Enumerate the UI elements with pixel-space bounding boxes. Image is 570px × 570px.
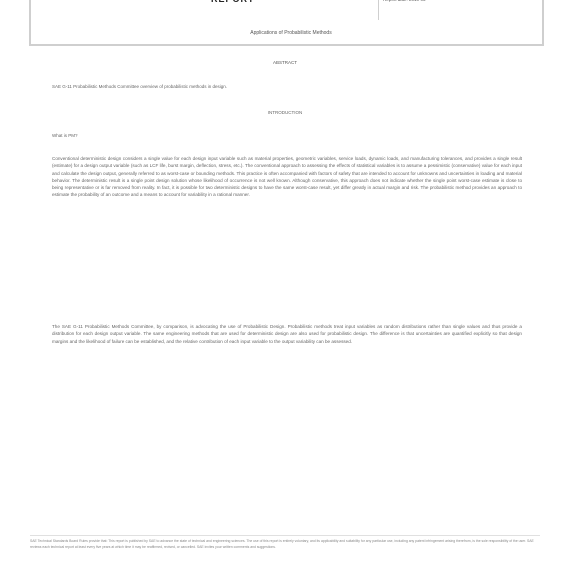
report-date: Report date: 2010-05 bbox=[383, 0, 426, 2]
footer-notes: SAE Technical Standards Board Rules prov… bbox=[30, 538, 540, 550]
report-title: REPORT bbox=[211, 0, 255, 4]
abstract-heading: ABSTRACT bbox=[0, 60, 570, 65]
abstract-text: SAE G-11 Probabilistic Methods Committee… bbox=[52, 84, 372, 89]
paragraph: Conventional deterministic design consid… bbox=[52, 155, 522, 199]
report-subtitle: Applications of Probabilistic Methods bbox=[186, 30, 396, 36]
header-divider bbox=[378, 0, 379, 20]
introduction-heading: INTRODUCTION bbox=[0, 110, 570, 115]
paragraph: The SAE G-11 Probabilistic Methods Commi… bbox=[52, 323, 522, 345]
report-header: REPORT Report date: 2010-05 Applications… bbox=[29, 0, 544, 46]
footer-divider bbox=[30, 535, 540, 536]
section-subheading: What is PM? bbox=[52, 133, 78, 138]
